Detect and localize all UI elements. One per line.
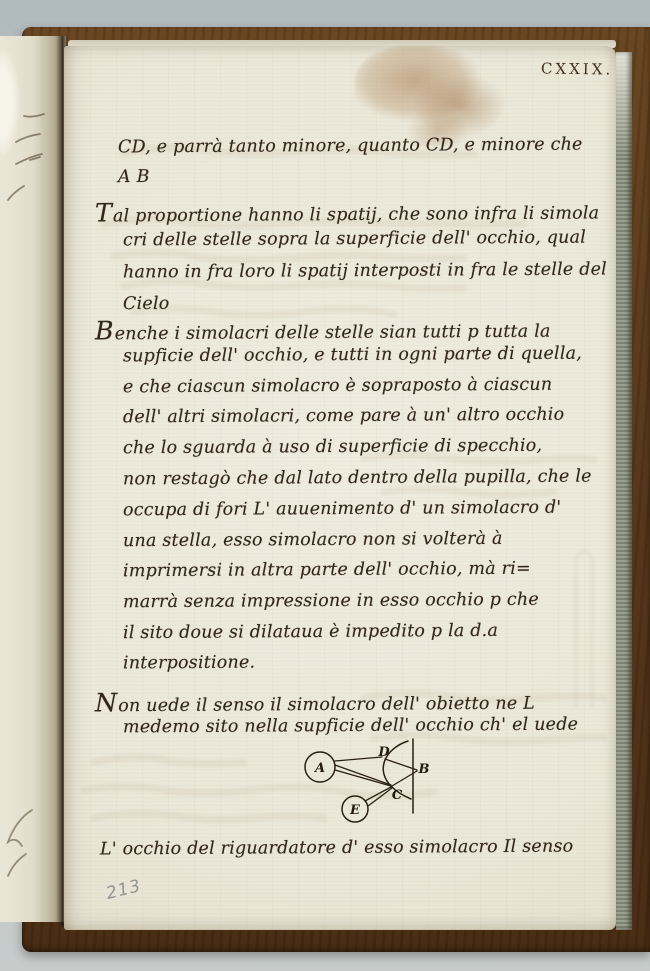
manuscript-line: Tal proportione hanno li spatij, che son… — [95, 194, 599, 227]
manuscript-line: hanno in fra loro li spatij interposti i… — [123, 260, 607, 283]
manuscript-line: supficie dell' occhio, e tutti in ogni p… — [123, 343, 582, 366]
eye-diagram: A B C D E — [291, 733, 481, 833]
manuscript-line: Non uede il senso il simolacro dell' obi… — [95, 685, 535, 718]
manuscript-line: imprimersi in altra parte dell' occhio, … — [123, 559, 531, 581]
diagram-label-d: D — [377, 745, 390, 760]
manuscript-line: e che ciascun simolacro è sopraposto à c… — [123, 374, 552, 397]
manuscript-line: non restagò che dal lato dentro della pu… — [123, 467, 592, 490]
manuscript-line: interpositione. — [123, 652, 255, 673]
facing-page-writing-lower — [0, 792, 42, 892]
manuscript-line: dell' altri simolacri, come pare à un' a… — [123, 405, 564, 428]
facing-page-writing-upper — [0, 100, 56, 210]
page-stack-fore-edge — [616, 52, 632, 930]
caption-line: L' occhio del riguardatore d' esso simol… — [100, 837, 573, 860]
manuscript-line: Cielo — [123, 293, 170, 313]
diagram-label-b: B — [418, 762, 430, 777]
manuscript-line: una stella, esso simolacro non si volter… — [123, 528, 503, 550]
manuscript-line: occupa di fori L' auuenimento d' un simo… — [123, 497, 561, 520]
manuscript-line: Benche i simolacri delle stelle sian tut… — [95, 313, 551, 346]
diagram-label-e: E — [349, 803, 361, 818]
manuscript-line: A B — [118, 167, 150, 187]
manuscript-line: cri delle stelle sopra la superficie del… — [123, 227, 586, 250]
manuscript-line: marrà senza impressione in esso occhio p… — [123, 590, 539, 613]
manuscript-line: il sito doue si dilataua è impedito p la… — [123, 621, 498, 643]
manuscript-page: CXXIX. CD, e parrà tanto minore, quanto … — [64, 46, 616, 930]
diagram-label-a: A — [313, 761, 325, 776]
diagram-label-c: C — [392, 788, 403, 803]
manuscript-line: CD, e parrà tanto minore, quanto CD, e m… — [118, 135, 583, 158]
photo-background: CXXIX. CD, e parrà tanto minore, quanto … — [0, 0, 650, 971]
manuscript-line: che lo sguarda à uso di superficie di sp… — [123, 436, 542, 459]
folio-number: CXXIX. — [541, 59, 613, 78]
